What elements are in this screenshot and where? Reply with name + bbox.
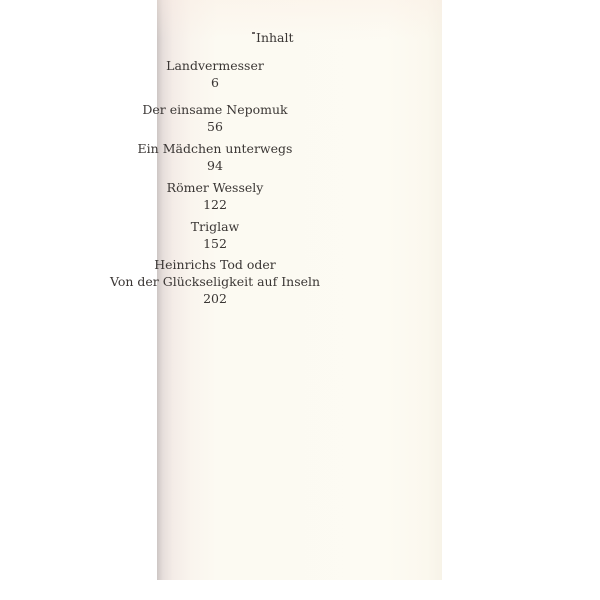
entry-page-number: 152 [0, 235, 430, 252]
toc-entry: Landvermesser 6 [0, 57, 430, 91]
toc-heading: Inhalt [252, 30, 294, 45]
entry-page-number: 122 [0, 196, 430, 213]
entry-page-number: 6 [0, 74, 430, 91]
toc-entry: Triglaw 152 [0, 218, 430, 252]
entry-title: Ein Mädchen unterwegs [0, 140, 430, 157]
ink-smudge [252, 32, 255, 34]
entry-title-line-2: Von der Glückseligkeit auf Inseln [0, 273, 430, 290]
entry-title: Der einsame Nepomuk [0, 101, 430, 118]
toc-heading-text: Inhalt [256, 30, 294, 45]
entry-page-number: 56 [0, 118, 430, 135]
entry-title: Landvermesser [0, 57, 430, 74]
toc-entry: Ein Mädchen unterwegs 94 [0, 140, 430, 174]
entry-title-line-1: Heinrichs Tod oder [0, 256, 430, 273]
toc-entry: Römer Wessely 122 [0, 179, 430, 213]
entry-page-number: 202 [0, 290, 430, 307]
toc-entry: Heinrichs Tod oder Von der Glückseligkei… [0, 256, 430, 307]
entry-title: Triglaw [0, 218, 430, 235]
entry-title: Römer Wessely [0, 179, 430, 196]
entry-page-number: 94 [0, 157, 430, 174]
toc-entry: Der einsame Nepomuk 56 [0, 101, 430, 135]
scan-background: Inhalt Landvermesser 6 Der einsame Nepom… [0, 0, 600, 600]
